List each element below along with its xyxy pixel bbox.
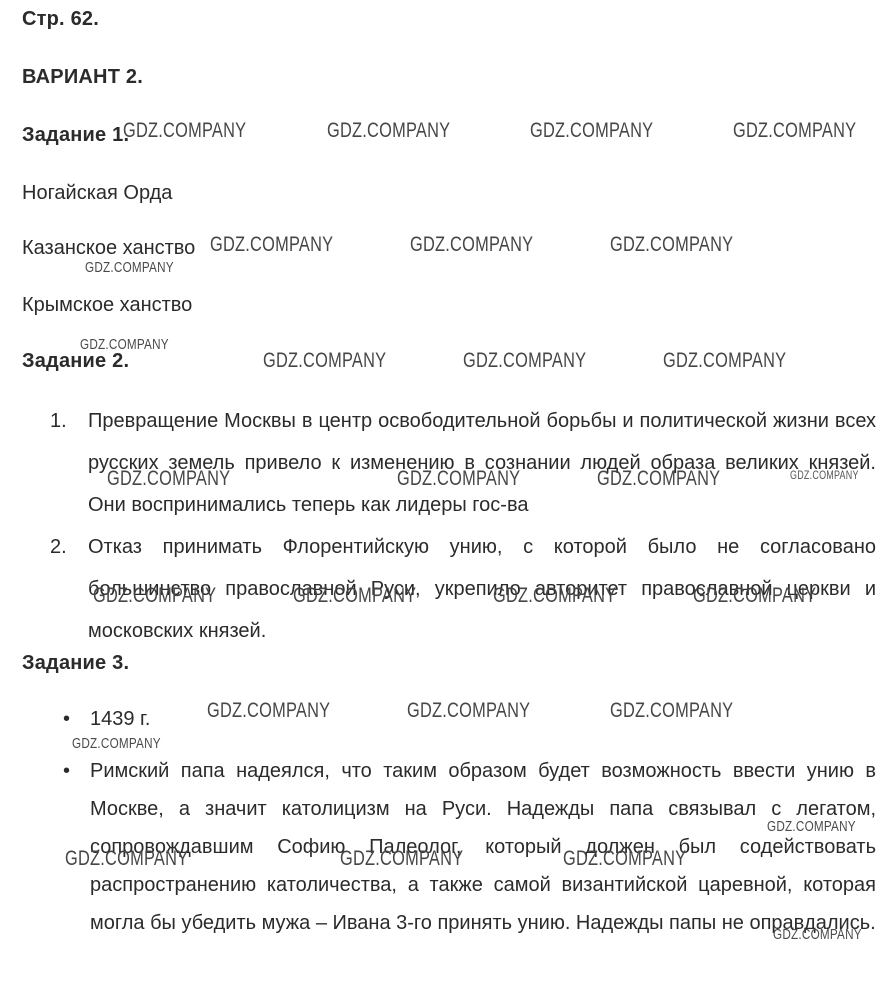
bullet-item: • 1439 г. — [63, 704, 876, 734]
watermark: GDZ.COMPANY — [610, 234, 733, 255]
watermark: GDZ.COMPANY — [463, 350, 586, 371]
bullet-item: • Римский папа надеялся, что таким образ… — [63, 752, 876, 942]
watermark: GDZ.COMPANY — [210, 234, 333, 255]
list-number: 1. — [50, 400, 88, 442]
watermark: GDZ.COMPANY — [123, 120, 246, 141]
task1-answer-2: Казанское ханство — [22, 237, 195, 260]
document-page: Стр. 62. ВАРИАНТ 2. Задание 1. Ногайская… — [0, 0, 893, 984]
bullet-icon: • — [63, 704, 90, 734]
task3-heading: Задание 3. — [22, 652, 129, 675]
task2-list: 1. Превращение Москвы в центр освободите… — [50, 400, 876, 652]
watermark: GDZ.COMPANY — [410, 234, 533, 255]
bullet-item-text: 1439 г. — [90, 704, 150, 734]
bullet-icon: • — [63, 752, 90, 790]
watermark: GDZ.COMPANY — [327, 120, 450, 141]
numbered-item-text: Отказ принимать Флорентийскую унию, с ко… — [88, 526, 876, 652]
numbered-item: 2. Отказ принимать Флорентийскую унию, с… — [50, 526, 876, 652]
bullet-item-text: Римский папа надеялся, что таким образом… — [90, 752, 876, 942]
watermark: GDZ.COMPANY — [530, 120, 653, 141]
task3-list: • 1439 г. • Римский папа надеялся, что т… — [63, 704, 876, 942]
watermark: GDZ.COMPANY — [85, 260, 174, 275]
task2-heading: Задание 2. — [22, 350, 129, 373]
numbered-item-text: Превращение Москвы в центр освободительн… — [88, 400, 876, 526]
watermark: GDZ.COMPANY — [263, 350, 386, 371]
task1-answer-3: Крымское ханство — [22, 294, 192, 317]
watermark: GDZ.COMPANY — [663, 350, 786, 371]
numbered-item: 1. Превращение Москвы в центр освободите… — [50, 400, 876, 526]
variant-heading: ВАРИАНТ 2. — [22, 66, 143, 89]
task1-answer-1: Ногайская Орда — [22, 182, 172, 205]
watermark: GDZ.COMPANY — [733, 120, 856, 141]
page-number-heading: Стр. 62. — [22, 8, 99, 31]
task1-heading: Задание 1. — [22, 124, 129, 147]
list-number: 2. — [50, 526, 88, 568]
